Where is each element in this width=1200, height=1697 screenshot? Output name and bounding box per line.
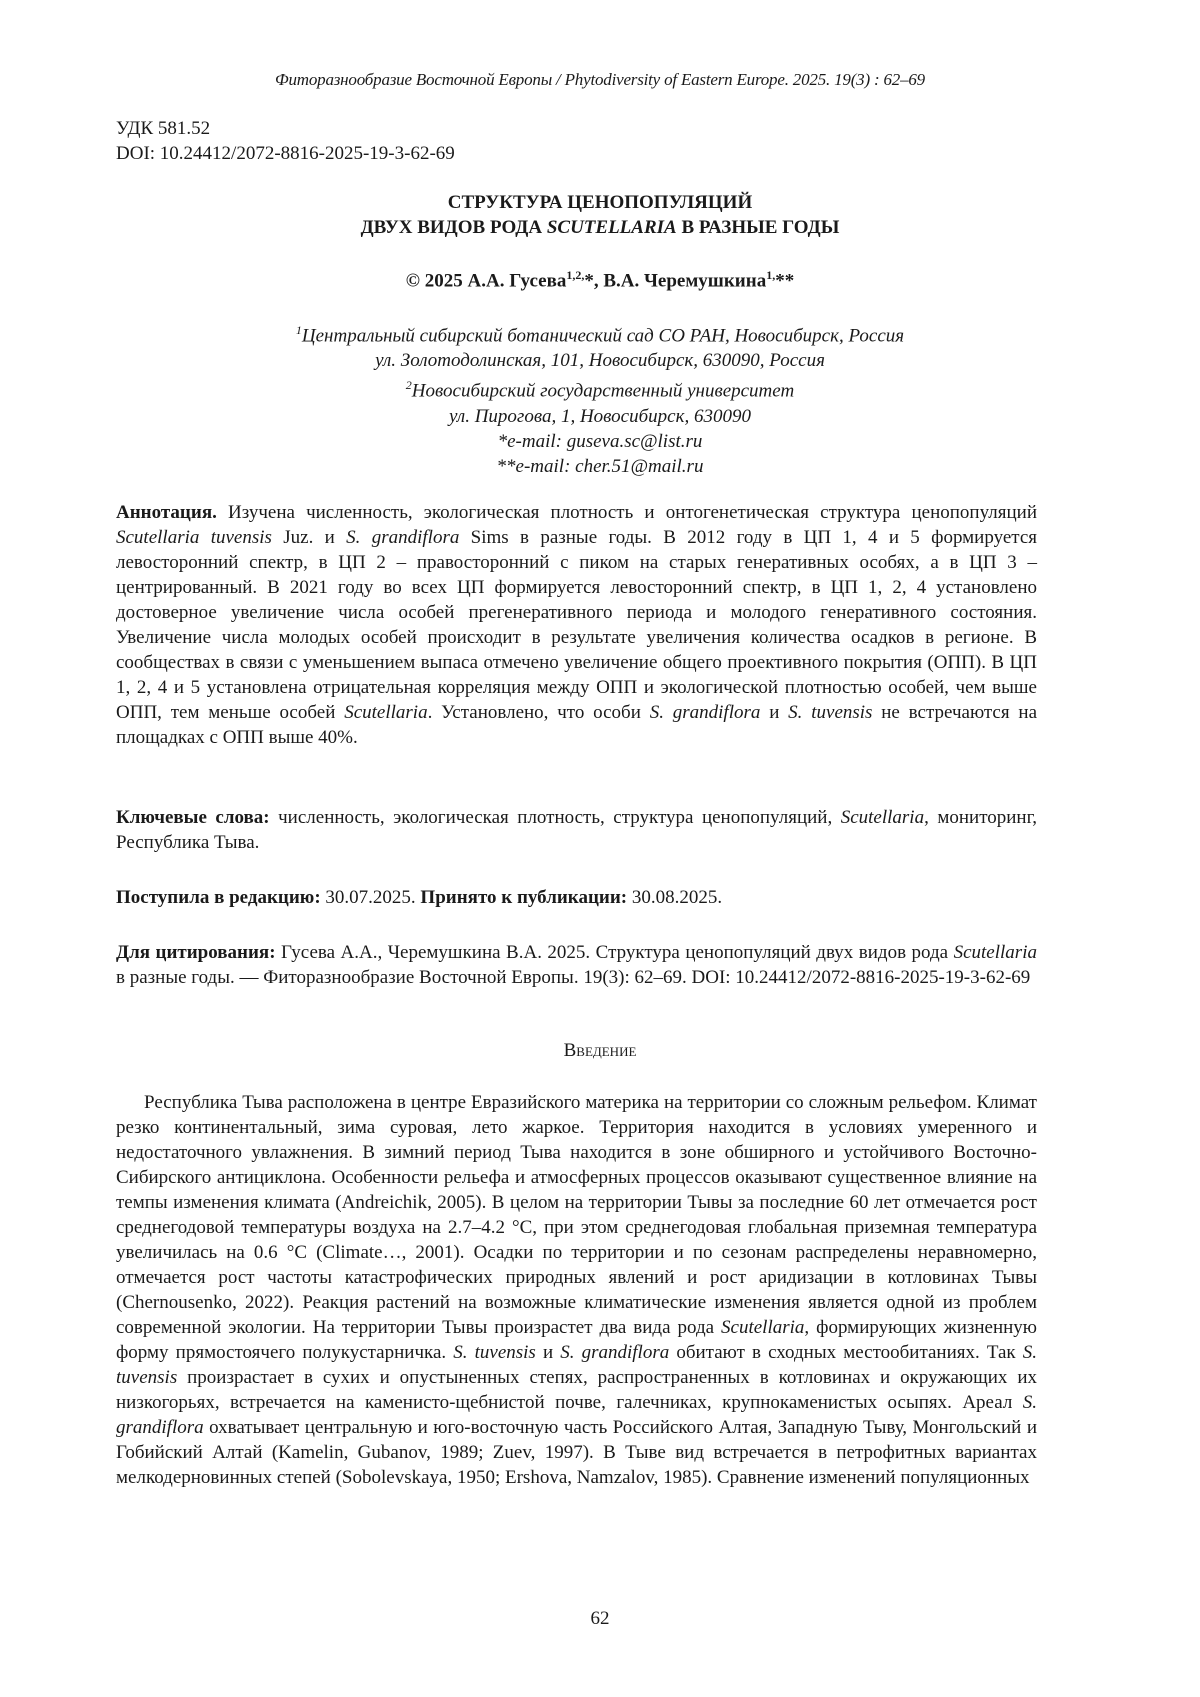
copyright: © 2025 <box>406 270 468 291</box>
genus-name: Scutellaria <box>954 942 1037 963</box>
keywords: Ключевые слова: численность, экологическ… <box>116 805 1037 855</box>
affiliation-2: 2Новосибирский государственный университ… <box>0 373 1200 403</box>
affiliations: 1Центральный сибирский ботанический сад … <box>0 318 1200 479</box>
body-text: обитают в сходных местообитаниях. Так <box>669 1342 1023 1363</box>
page-number: 62 <box>0 1608 1200 1630</box>
genus-name: Scutellaria <box>841 807 924 828</box>
abstract-text: Sims в разные годы. В 2012 году в ЦП 1, … <box>116 527 1037 723</box>
author-1-affiliation-ref: 1,2, <box>566 268 584 282</box>
citation-text: в разные годы. — Фиторазнообразие Восточ… <box>116 967 1030 988</box>
author-2: В.А. Черемушкина <box>603 270 766 291</box>
received-date: 30.07.2025. <box>321 887 421 908</box>
genus-name: Scutellaria <box>344 702 427 723</box>
species-name: S. grandiflora <box>346 527 459 548</box>
species-name: S. tuvensis <box>453 1342 536 1363</box>
udk-code: УДК 581.52 <box>116 116 455 141</box>
species-name: S. grandiflora <box>650 702 761 723</box>
citation: Для цитирования: Гусева А.А., Черемушкин… <box>116 940 1037 990</box>
author-1-email-mark: * <box>584 270 594 291</box>
abstract-text: . Установлено, что особи <box>428 702 650 723</box>
doi[interactable]: DOI: 10.24412/2072-8816-2025-19-3-62-69 <box>116 141 455 166</box>
author-2-email-mark: ** <box>775 270 794 291</box>
article-title: СТРУКТУРА ЦЕНОПОПУЛЯЦИЙ ДВУХ ВИДОВ РОДА … <box>0 190 1200 240</box>
separator: , <box>594 270 604 291</box>
email-1[interactable]: *e-mail: guseva.sc@list.ru <box>0 429 1200 454</box>
affiliation-name: Центральный сибирский ботанический сад С… <box>302 325 904 346</box>
authors-line: © 2025 А.А. Гусева1,2,*, В.А. Черемушкин… <box>0 268 1200 292</box>
body-text: и <box>536 1342 560 1363</box>
affiliation-1: 1Центральный сибирский ботанический сад … <box>0 318 1200 348</box>
publication-dates: Поступила в редакцию: 30.07.2025. Принят… <box>116 885 1037 910</box>
abstract-text: Изучена численность, экологическая плотн… <box>217 502 1037 523</box>
species-name: S. tuvensis <box>788 702 872 723</box>
article-meta: УДК 581.52 DOI: 10.24412/2072-8816-2025-… <box>116 116 455 166</box>
body-text: Республика Тыва расположена в центре Евр… <box>116 1092 1037 1338</box>
keywords-label: Ключевые слова: <box>116 807 270 828</box>
introduction-paragraph: Республика Тыва расположена в центре Евр… <box>116 1090 1037 1490</box>
affiliation-name: Новосибирский государственный университе… <box>412 381 794 402</box>
citation-label: Для цитирования: <box>116 942 276 963</box>
title-line-1: СТРУКТУРА ЦЕНОПОПУЛЯЦИЙ <box>0 190 1200 215</box>
species-name: S. grandiflora <box>560 1342 669 1363</box>
citation-text: Гусева А.А., Черемушкина В.А. 2025. Стру… <box>276 942 954 963</box>
abstract: Аннотация. Изучена численность, экологич… <box>116 500 1037 750</box>
affiliation-1-address: ул. Золотодолинская, 101, Новосибирск, 6… <box>0 348 1200 373</box>
keywords-text: численность, экологическая плотность, ст… <box>270 807 841 828</box>
affiliation-2-address: ул. Пирогова, 1, Новосибирск, 630090 <box>0 404 1200 429</box>
running-head: Фиторазнообразие Восточной Европы / Phyt… <box>0 70 1200 90</box>
accepted-date: 30.08.2025. <box>627 887 722 908</box>
genus-name: SCUTELLARIA <box>547 217 677 238</box>
abstract-text: Juz. и <box>272 527 346 548</box>
species-name: Scutellaria tuvensis <box>116 527 272 548</box>
author-1: А.А. Гусева <box>468 270 567 291</box>
email-2[interactable]: **e-mail: cher.51@mail.ru <box>0 454 1200 479</box>
abstract-label: Аннотация. <box>116 502 217 523</box>
title-line-2: ДВУХ ВИДОВ РОДА SCUTELLARIA В РАЗНЫЕ ГОД… <box>0 215 1200 240</box>
title-text: В РАЗНЫЕ ГОДЫ <box>677 217 840 238</box>
abstract-text: и <box>760 702 788 723</box>
section-heading-introduction: Введение <box>0 1040 1200 1062</box>
author-2-affiliation-ref: 1, <box>766 268 775 282</box>
body-text: охватывает центральную и юго-восточную ч… <box>116 1417 1037 1488</box>
received-label: Поступила в редакцию: <box>116 887 321 908</box>
accepted-label: Принято к публикации: <box>420 887 627 908</box>
document-page: Фиторазнообразие Восточной Европы / Phyt… <box>0 0 1200 1697</box>
body-text: произрастает в сухих и опустыненных степ… <box>116 1367 1037 1413</box>
title-text: ДВУХ ВИДОВ РОДА <box>361 217 547 238</box>
genus-name: Scutellaria <box>721 1317 804 1338</box>
